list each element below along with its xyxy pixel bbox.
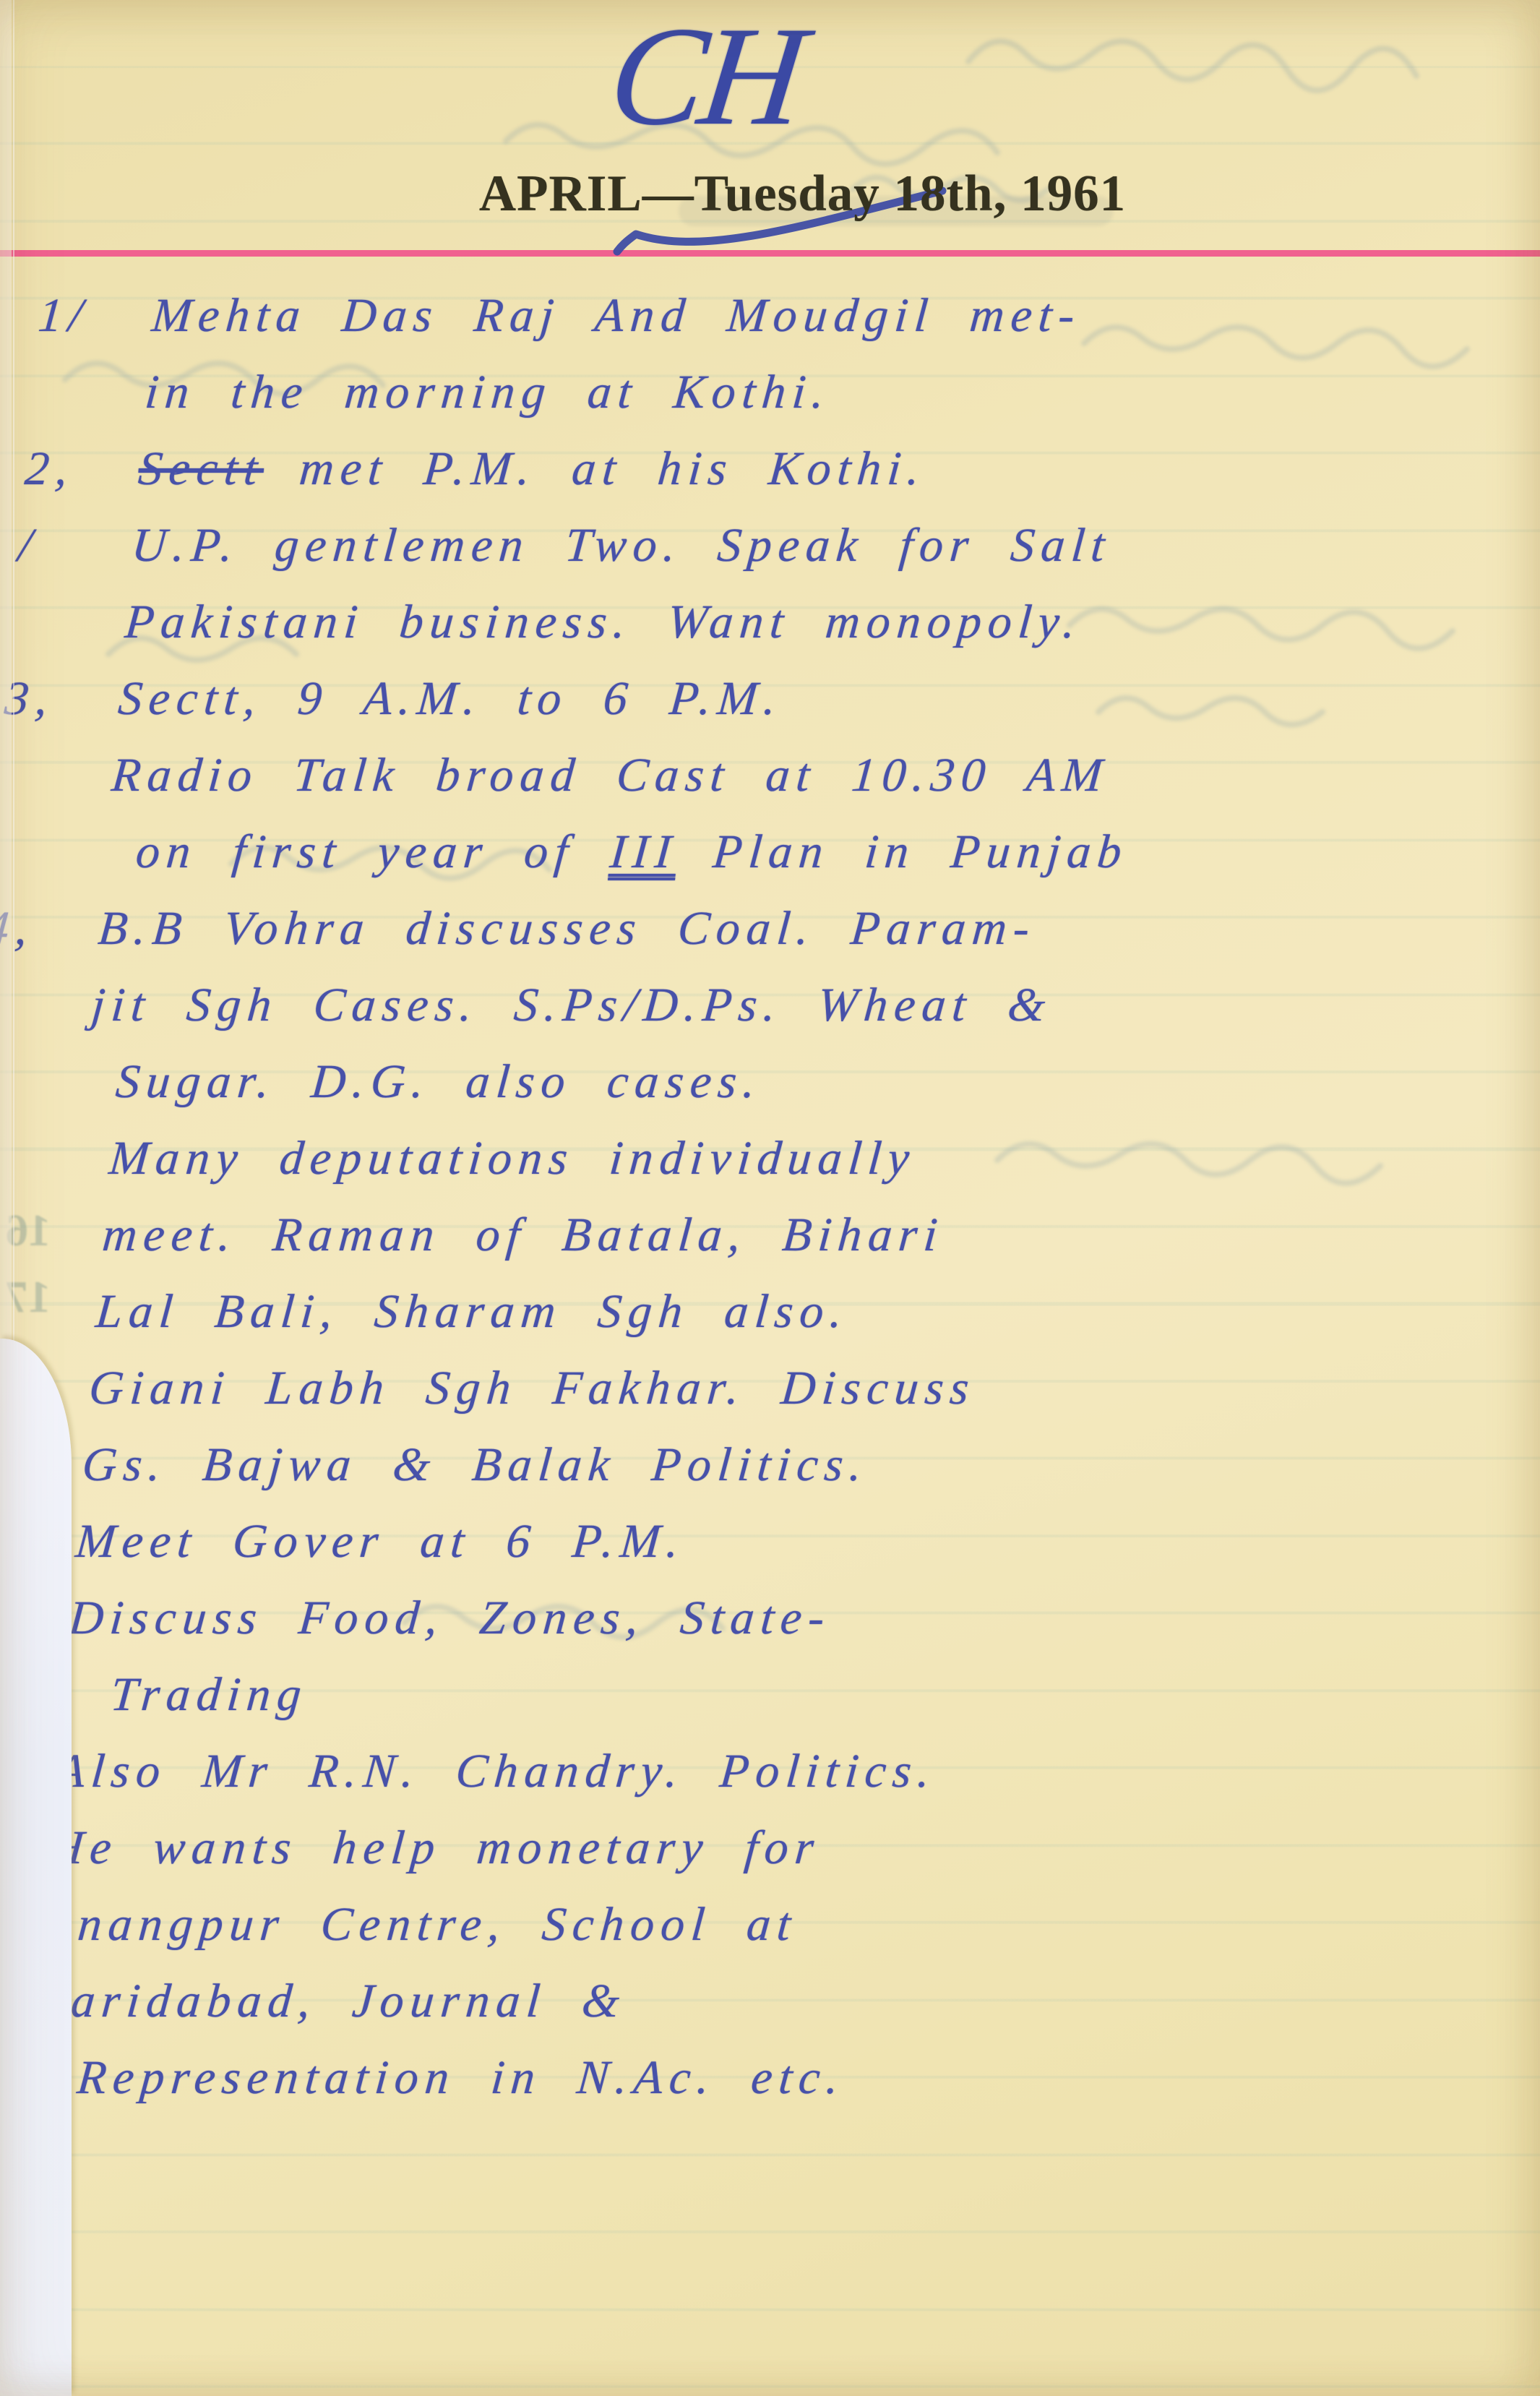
- diary-line: Also Mr R.N. Chandry. Politics.: [0, 1733, 1413, 1810]
- diary-line: Radio Talk broad Cast at 10.30 AM: [0, 737, 1500, 814]
- diary-text-segment: Many deputations individually: [107, 1132, 918, 1185]
- diary-page-scan: 16 17 CH APRIL—Tuesday 18th, 1961 1/Meht…: [0, 0, 1540, 2396]
- diary-line: on first year of III Plan in Punjab: [0, 814, 1493, 890]
- diary-line: meet. Raman of Batala, Bihari: [0, 1197, 1460, 1274]
- diary-text-segment: meet. Raman of Batala, Bihari: [100, 1208, 946, 1261]
- diary-text-segment: III: [608, 825, 679, 878]
- diary-text-segment: Radio Talk broad Cast at 10.30 AM: [110, 749, 1111, 802]
- diary-text-segment: Sectt, 9 A.M. to 6 P.M.: [116, 672, 785, 725]
- diary-text-segment: U.P. gentlemen Two. Speak for Salt: [129, 519, 1113, 572]
- diary-text-segment: Anangpur Centre, School at: [40, 1898, 799, 1951]
- diary-line: Lal Bali, Sharam Sgh also.: [0, 1274, 1453, 1350]
- diary-line: jit Sgh Cases. S.Ps/D.Ps. Wheat &: [0, 967, 1480, 1044]
- diary-text-segment: Plan in Punjab: [675, 825, 1130, 878]
- diary-text-segment: Also Mr R.N. Chandry. Politics.: [53, 1745, 939, 1798]
- diary-text-segment: Sugar. D.G. also cases.: [113, 1055, 764, 1108]
- diary-line: Gs. Bajwa & Balak Politics.: [0, 1427, 1440, 1503]
- diary-line: 3,Sectt, 9 A.M. to 6 P.M.: [0, 661, 1507, 737]
- diary-line: Many deputations individually: [0, 1120, 1466, 1197]
- diary-text-segment: Trading: [108, 1668, 309, 1721]
- diary-line: Representation in N.Ac. etc.: [0, 2040, 1386, 2116]
- diary-text-segment: Discuss Food, Zones, State-: [67, 1592, 833, 1644]
- diary-text-segment: jit Sgh Cases. S.Ps/D.Ps. Wheat &: [90, 979, 1054, 1031]
- diary-text-segment: Mehta Das Raj And Moudgil met-: [150, 289, 1083, 342]
- diary-text-segment: Lal Bali, Sharam Sgh also.: [94, 1285, 851, 1338]
- torn-corner-underpage: [0, 1339, 72, 2396]
- diary-line: 4,B.B Vohra discusses Coal. Param-: [0, 890, 1487, 967]
- diary-text-segment: Faridabad, Journal &: [33, 1975, 628, 2027]
- diary-line: 5,Meet Gover at 6 P.M.: [0, 1503, 1433, 1580]
- diary-line: He wants help monetary for: [0, 1810, 1406, 1886]
- diary-lines: 1/Mehta Das Raj And Moudgil met-in the m…: [0, 278, 1540, 2116]
- diary-line: Faridabad, Journal &: [0, 1963, 1393, 2040]
- diary-text-segment: in the morning at Kothi.: [143, 366, 833, 418]
- diary-line: Trading: [0, 1657, 1419, 1733]
- diary-text-segment: met P.M. at his Kothi.: [262, 442, 929, 495]
- item-number: 1/: [35, 278, 93, 354]
- diary-line: 2,Sectt met P.M. at his Kothi.: [0, 431, 1526, 507]
- diary-text-segment: Pakistani business. Want monopoly.: [123, 596, 1084, 648]
- left-scan-edge: [0, 0, 12, 1344]
- diary-line: Giani Labh Sgh Fakhar. Discuss: [0, 1350, 1446, 1427]
- diary-text-segment: Gs. Bajwa & Balak Politics.: [80, 1438, 870, 1491]
- item-number: 2,: [22, 431, 77, 507]
- diary-line: /U.P. gentlemen Two. Speak for Salt: [0, 507, 1520, 584]
- diary-line: Sugar. D.G. also cases.: [0, 1044, 1473, 1120]
- diary-text-segment: B.B Vohra discusses Coal. Param-: [96, 902, 1038, 955]
- diary-text-segment: Sectt: [137, 442, 267, 495]
- item-number: /: [15, 507, 42, 584]
- diary-text-segment: Representation in N.Ac. etc.: [75, 2051, 847, 2104]
- diary-line: in the morning at Kothi.: [0, 354, 1533, 431]
- diary-line: 1/Mehta Das Raj And Moudgil met-: [0, 278, 1540, 354]
- diary-text-segment: Giani Labh Sgh Fakhar. Discuss: [87, 1362, 977, 1414]
- diary-text-segment: Meet Gover at 6 P.M.: [74, 1515, 687, 1568]
- diary-line: Discuss Food, Zones, State-: [0, 1580, 1426, 1657]
- left-edge-hairline: [13, 0, 14, 1341]
- printed-date-header: APRIL—Tuesday 18th, 1961: [0, 165, 1540, 223]
- diary-text-segment: He wants help monetary for: [47, 1821, 822, 1874]
- diary-line: Anangpur Centre, School at: [0, 1886, 1399, 1963]
- diary-line: Pakistani business. Want monopoly.: [0, 584, 1513, 661]
- diary-text-segment: on first year of: [134, 825, 612, 878]
